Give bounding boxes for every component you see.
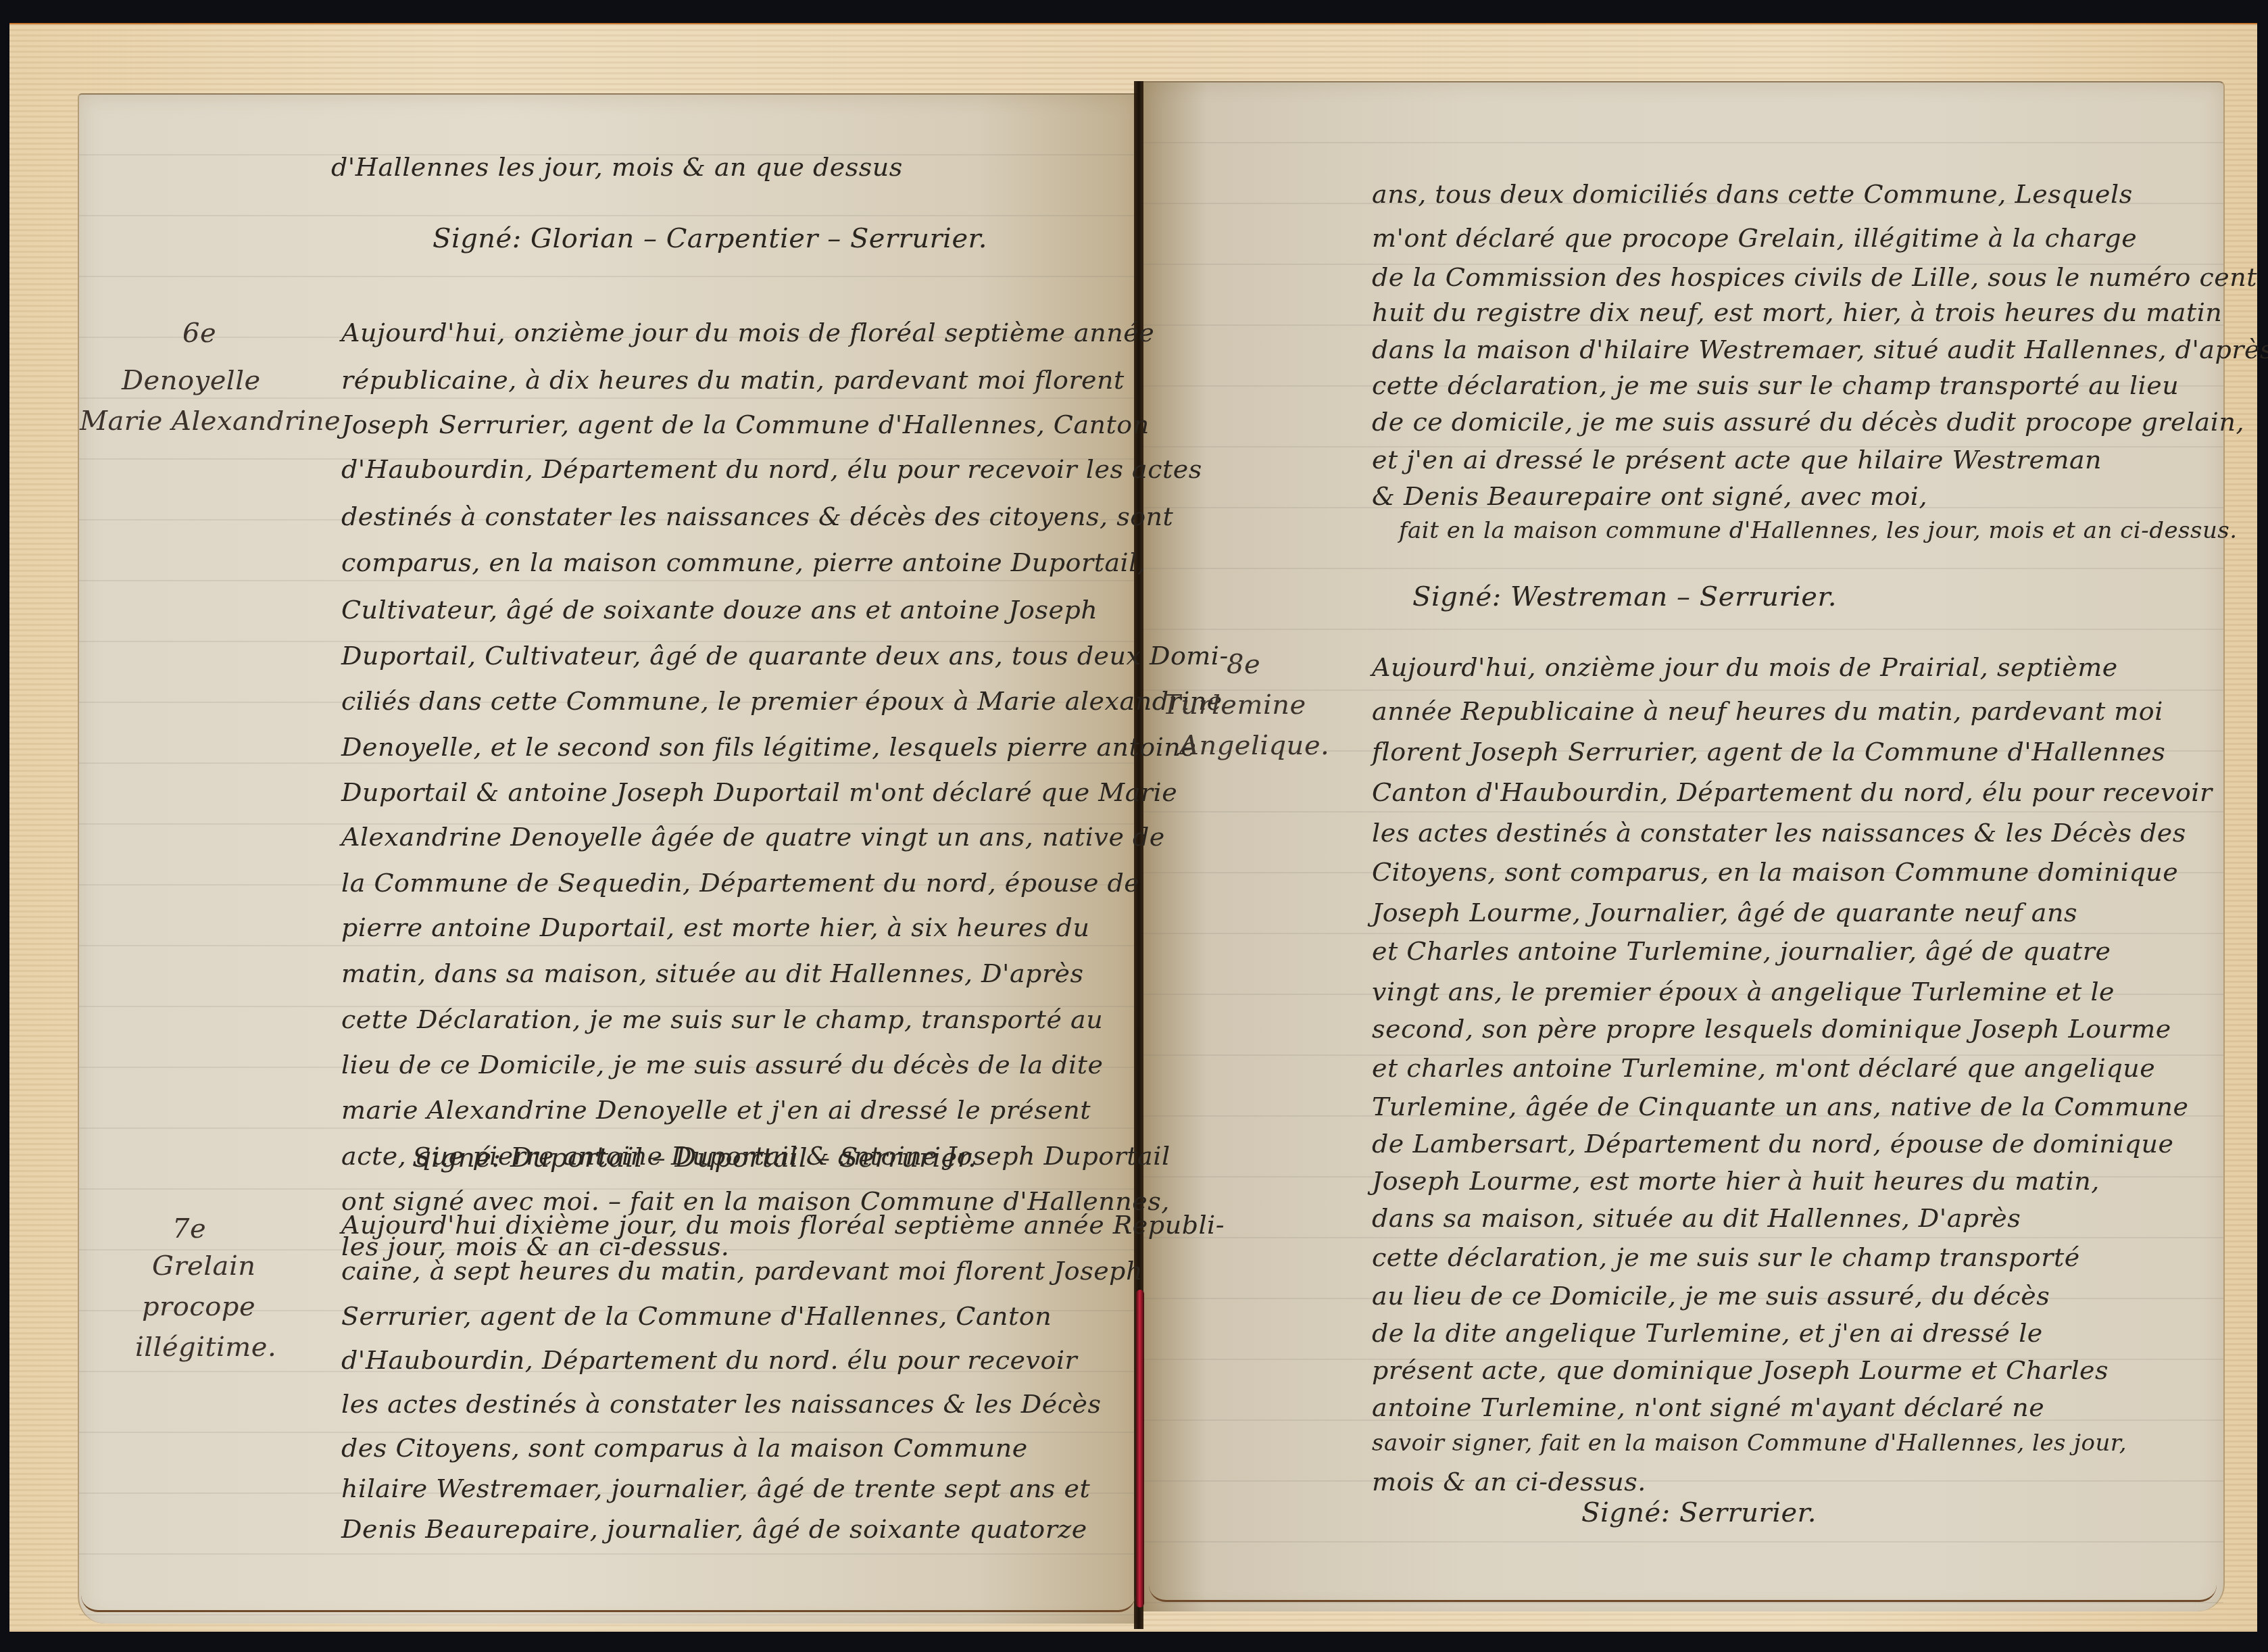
text-line: m'ont déclaré que procope Grelain, illég… <box>1372 223 2137 253</box>
text-line: cette déclaration, je me suis sur le cha… <box>1372 370 2179 400</box>
text-line: dans sa maison, située au dit Hallennes,… <box>1372 1203 2021 1233</box>
text-line: ans, tous deux domiciliés dans cette Com… <box>1372 179 2133 209</box>
text-line: et charles antoine Turlemine, m'ont décl… <box>1372 1053 2155 1083</box>
previous-act-closing: d'Hallennes les jour, mois & an que dess… <box>331 152 903 182</box>
text-line: année Republicaine à neuf heures du mati… <box>1372 696 2163 726</box>
text-line: au lieu de ce Domicile, je me suis assur… <box>1372 1281 2050 1311</box>
text-line: Aujourd'hui dixième jour, du mois floréa… <box>341 1210 1225 1240</box>
text-line: ciliés dans cette Commune, le premier ép… <box>341 686 1223 716</box>
margin-surname: Denoyelle <box>122 365 261 396</box>
text-line: Alexandrine Denoyelle âgée de quatre vin… <box>341 822 1165 852</box>
text-line: d'Haubourdin, Département du nord, élu p… <box>341 454 1202 484</box>
right-page-bottom-edge <box>1149 1585 2217 1602</box>
text-line: Aujourd'hui, onzième jour du mois de flo… <box>341 318 1154 347</box>
text-line: savoir signer, fait en la maison Commune… <box>1372 1430 2127 1457</box>
text-line: Citoyens, sont comparus, en la maison Co… <box>1372 857 2178 887</box>
margin-status: illégitime. <box>135 1332 276 1363</box>
text-line: Cultivateur, âgé de soixante douze ans e… <box>341 595 1098 625</box>
text-line: mois & an ci-dessus. <box>1372 1467 1646 1497</box>
text-line: Joseph Serrurier, agent de la Commune d'… <box>341 410 1150 439</box>
margin-given-name: procope <box>142 1291 255 1322</box>
left-page-bottom-edge <box>81 1595 1135 1612</box>
text-line: d'Haubourdin, Département du nord. élu p… <box>341 1345 1077 1375</box>
text-line: de la dite angelique Turlemine, et j'en … <box>1372 1318 2043 1348</box>
text-line: Joseph Lourme, est morte hier à huit heu… <box>1372 1166 2100 1196</box>
text-line: florent Joseph Serrurier, agent de la Co… <box>1372 737 2165 767</box>
text-line: des Citoyens, sont comparus à la maison … <box>341 1433 1028 1463</box>
text-line: et Charles antoine Turlemine, journalier… <box>1372 936 2111 966</box>
text-line: de ce domicile, je me suis assuré du déc… <box>1372 407 2244 437</box>
entry-number: 7e <box>172 1213 206 1244</box>
text-line: les actes destinés à constater les naiss… <box>1372 818 2186 848</box>
entry-8-signature: Signé: Serrurier. <box>1581 1497 1817 1528</box>
text-line: vingt ans, le premier époux à angelique … <box>1372 977 2115 1006</box>
text-line: second, son père propre lesquels dominiq… <box>1372 1014 2171 1044</box>
text-line: caine, à sept heures du matin, pardevant… <box>341 1256 1143 1286</box>
text-line: Serrurier, agent de la Commune d'Hallenn… <box>341 1301 1052 1331</box>
text-line: Duportail & antoine Joseph Duportail m'o… <box>341 777 1177 807</box>
margin-surname: Turlemine <box>1162 689 1306 721</box>
text-line: marie Alexandrine Denoyelle et j'en ai d… <box>341 1095 1091 1125</box>
text-line: Aujourd'hui, onzième jour du mois de Pra… <box>1372 652 2118 682</box>
margin-given-name: Marie Alexandrine <box>80 406 341 437</box>
red-ribbon-bookmark[interactable] <box>1136 1290 1144 1607</box>
text-line: antoine Turlemine, n'ont signé m'ayant d… <box>1372 1392 2044 1422</box>
text-line: comparus, en la maison commune, pierre a… <box>341 548 1145 577</box>
text-line: Joseph Lourme, Journalier, âgé de quaran… <box>1372 898 2077 927</box>
text-line: la Commune de Sequedin, Département du n… <box>341 868 1139 898</box>
text-line: de Lambersart, Département du nord, épou… <box>1372 1129 2174 1159</box>
text-line: et j'en ai dressé le présent acte que hi… <box>1372 445 2102 475</box>
margin-surname: Grelain <box>152 1250 255 1282</box>
text-line: & Denis Beaurepaire ont signé, avec moi, <box>1372 481 1927 511</box>
text-line: fait en la maison commune d'Hallennes, l… <box>1399 517 2238 544</box>
entry-7-signature: Signé: Westreman – Serrurier. <box>1412 581 1837 612</box>
text-line: Turlemine, âgée de Cinquante un ans, nat… <box>1372 1092 2188 1121</box>
text-line: Denis Beaurepaire, journalier, âgé de so… <box>341 1514 1087 1544</box>
text-line: Denoyelle, et le second son fils légitim… <box>341 732 1196 762</box>
text-line: de la Commission des hospices civils de … <box>1372 262 2257 292</box>
entry-number: 8e <box>1227 649 1260 680</box>
text-line: cette Déclaration, je me suis sur le cha… <box>341 1004 1103 1034</box>
text-line: huit du registre dix neuf, est mort, hie… <box>1372 297 2222 327</box>
text-line: lieu de ce Domicile, je me suis assuré d… <box>341 1050 1103 1079</box>
text-line: les actes destinés à constater les naiss… <box>341 1389 1101 1419</box>
entry-6-signature: Signé: Duportail – Duportail – Serrurier… <box>412 1142 977 1173</box>
text-line: cette déclaration, je me suis sur le cha… <box>1372 1242 2080 1272</box>
text-line: présent acte, que dominique Joseph Lourm… <box>1372 1355 2109 1385</box>
text-line: matin, dans sa maison, située au dit Hal… <box>341 958 1084 988</box>
text-line: dans la maison d'hilaire Westremaer, sit… <box>1372 335 2268 364</box>
text-line: hilaire Westremaer, journalier, âgé de t… <box>341 1474 1090 1503</box>
text-line: destinés à constater les naissances & dé… <box>341 502 1173 531</box>
entry-number: 6e <box>182 318 216 349</box>
text-line: Duportail, Cultivateur, âgé de quarante … <box>341 641 1229 671</box>
text-line: républicaine, à dix heures du matin, par… <box>341 365 1125 395</box>
text-line: Canton d'Haubourdin, Département du nord… <box>1372 777 2213 807</box>
previous-act-signature: Signé: Glorian – Carpentier – Serrurier. <box>433 223 987 254</box>
margin-given-name: Angelique. <box>1179 730 1329 761</box>
text-line: pierre antoine Duportail, est morte hier… <box>341 913 1089 942</box>
